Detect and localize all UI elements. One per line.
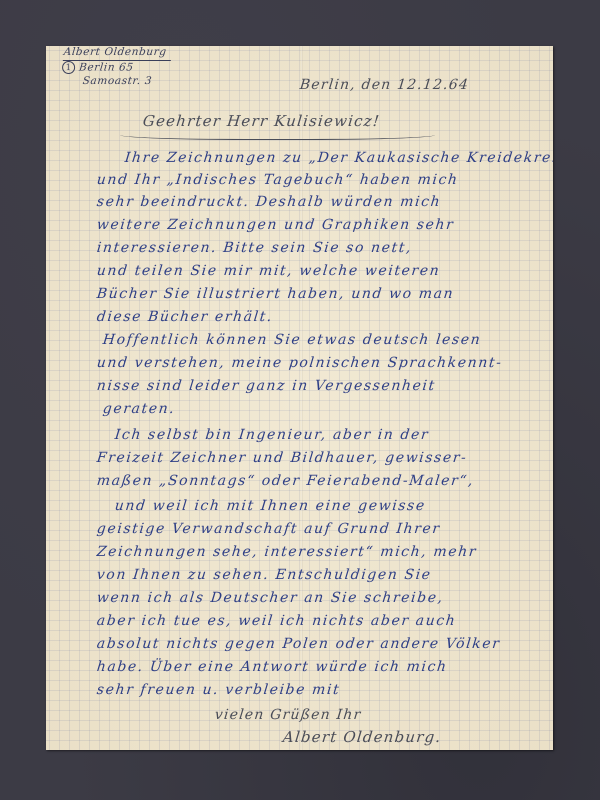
letter-sheet: Albert Oldenburg 1Berlin 65 Samoastr. 3 … [46,46,553,750]
body-line-14: Freizeit Zeichner und Bildhauer, gewisse… [96,450,468,466]
body-line-9: Hoffentlich können Sie etwas deutsch les… [102,332,482,348]
sender-address-block: Albert Oldenburg 1Berlin 65 Samoastr. 3 [60,46,172,88]
date-line: Berlin, den 12.12.64 [299,77,470,93]
body-line-10: und verstehen, meine polnischen Sprachke… [96,355,503,371]
body-line-3: sehr beeindruckt. Deshalb würden mich [96,194,442,210]
body-line-19: von Ihnen zu sehen. Entschuldigen Sie [96,567,432,583]
body-line-12: geraten. [102,401,176,417]
sender-city-line: 1Berlin 65 [61,61,170,75]
body-line-8: diese Bücher erhält. [96,309,274,325]
sender-name: Albert Oldenburg [63,46,173,61]
body-line-5: interessieren. Bitte sein Sie so nett, [96,240,413,256]
body-line-21: aber ich tue es, weil ich nichts aber au… [96,613,457,629]
body-line-15: maßen „Sonntags“ oder Feierabend-Maler“, [96,473,475,489]
body-line-22: absolut nichts gegen Polen oder andere V… [96,636,501,652]
body-line-16: und weil ich mit Ihnen eine gewisse [114,498,427,514]
sender-city: Berlin 65 [78,62,134,74]
body-line-18: Zeichnungen sehe, interessiert“ mich, me… [96,544,478,560]
body-line-7: Bücher Sie illustriert haben, und wo man [96,286,455,302]
postal-district-circle: 1 [62,61,75,74]
sender-street: Samoastr. 3 [60,75,169,88]
signature: Albert Oldenburg. [282,728,442,746]
body-line-6: und teilen Sie mir mit, welche weiteren [96,263,441,279]
salutation-underline [120,135,435,140]
salutation: Geehrter Herr Kulisiewicz! [142,112,381,130]
body-line-24: sehr freuen u. verbleibe mit [96,682,341,698]
body-line-1: Ihre Zeichnungen zu „Der Kaukasische Kre… [124,150,553,166]
body-line-13: Ich selbst bin Ingenieur, aber in der [114,427,430,443]
body-line-11: nisse sind leider ganz in Vergessenheit [96,378,437,394]
closing-line: vielen Grüßen Ihr [214,707,362,723]
body-line-17: geistige Verwandschaft auf Grund Ihrer [96,521,441,537]
body-line-2: und Ihr „Indisches Tagebuch“ haben mich [96,172,459,188]
body-line-20: wenn ich als Deutscher an Sie schreibe, [96,590,445,606]
body-line-23: habe. Über eine Antwort würde ich mich [96,659,448,675]
body-line-4: weitere Zeichnungen und Graphiken sehr [96,217,455,233]
